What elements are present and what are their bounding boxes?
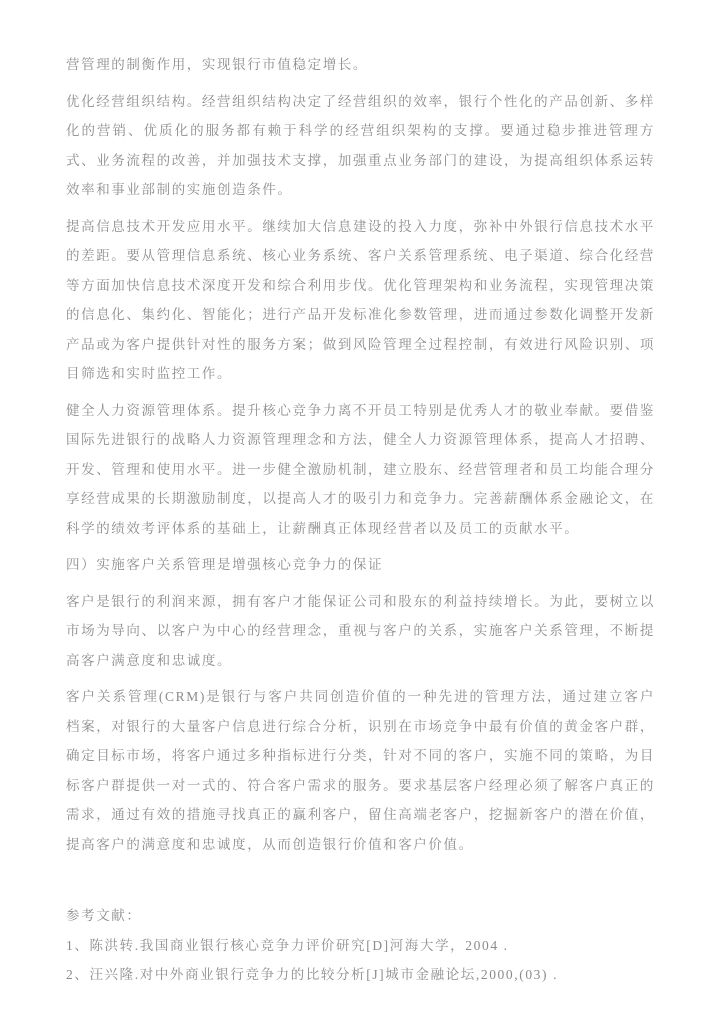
document-page: 营管理的制衡作用，实现银行市值稳定增长。 优化经营组织结构。经营组织结构决定了经… bbox=[0, 0, 720, 1018]
document-content: 营管理的制衡作用，实现银行市值稳定增长。 优化经营组织结构。经营组织结构决定了经… bbox=[66, 50, 655, 990]
reference-item-2: 2、汪兴隆.对中外商业银行竞争力的比较分析[J]城市金融论坛,2000,(03)… bbox=[66, 960, 655, 990]
paragraph-human-resources: 健全人力资源管理体系。提升核心竞争力离不开员工特别是优秀人才的敬业奉献。要借鉴国… bbox=[66, 396, 655, 544]
paragraph-crm-method: 客户关系管理(CRM)是银行与客户共同创造价值的一种先进的管理方法，通过建立客户… bbox=[66, 682, 655, 859]
references-title: 参考文献： bbox=[66, 901, 655, 931]
paragraph-customer-profit-source: 客户是银行的利润来源，拥有客户才能保证公司和股东的利益持续增长。为此，要树立以市… bbox=[66, 587, 655, 676]
paragraph-information-technology: 提高信息技术开发应用水平。继续加大信息建设的投入力度，弥补中外银行信息技术水平的… bbox=[66, 212, 655, 389]
paragraph-organization-structure: 优化经营组织结构。经营组织结构决定了经营组织的效率，银行个性化的产品创新、多样化… bbox=[66, 87, 655, 205]
paragraph-continuation: 营管理的制衡作用，实现银行市值稳定增长。 bbox=[66, 50, 655, 80]
reference-item-1: 1、陈洪转.我国商业银行核心竞争力评价研究[D]河海大学，2004 . bbox=[66, 931, 655, 961]
section-heading-crm: 四）实施客户关系管理是增强核心竞争力的保证 bbox=[66, 550, 655, 580]
